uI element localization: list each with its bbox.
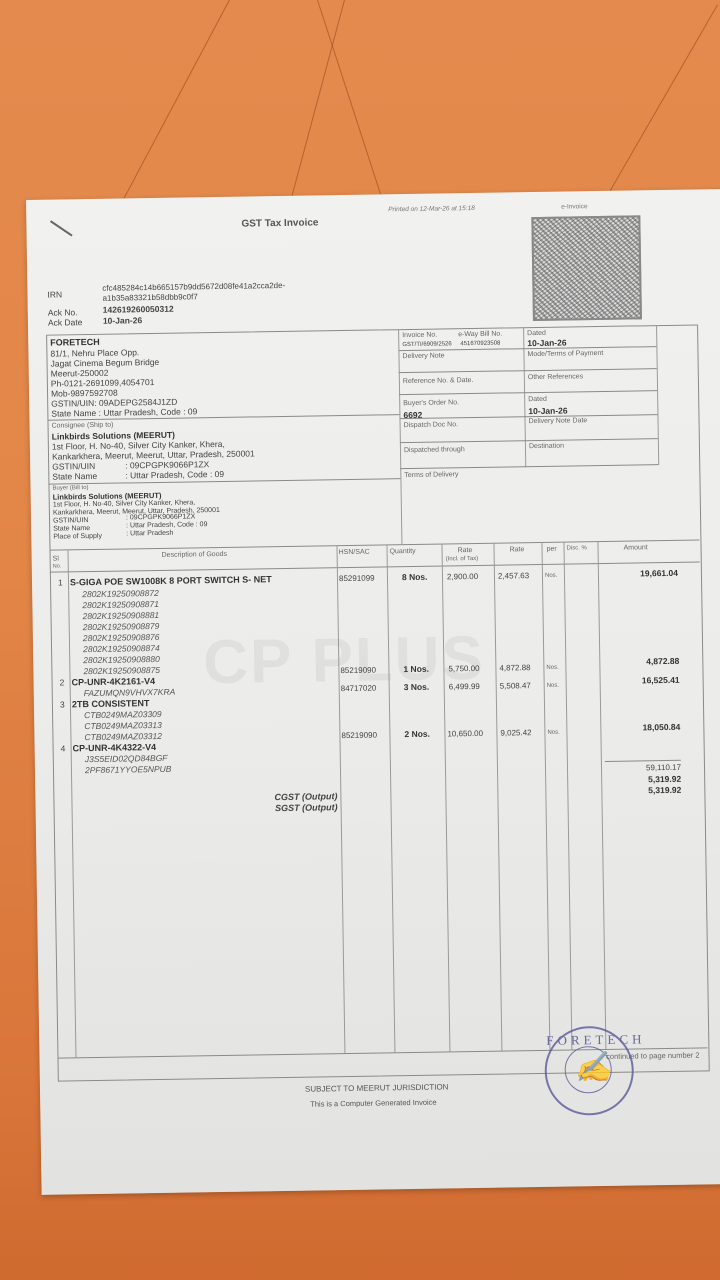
company-stamp: FORETECH ✍: [544, 1026, 634, 1116]
reference-label: Reference No. & Date.: [403, 375, 474, 387]
buyer-order-label: Buyer's Order No.: [403, 397, 459, 409]
subtotal: 59,110.17: [605, 762, 681, 774]
pen-mark: [50, 220, 72, 236]
col-quantity: Quantity: [389, 546, 415, 557]
item-qty: 3 Nos.: [404, 682, 430, 693]
col-no: No.: [53, 561, 62, 572]
item-sl: 3: [60, 699, 65, 710]
consignee-state: : Uttar Pradesh, Code : 09: [125, 469, 224, 482]
item-rate: 5,508.47: [500, 680, 531, 691]
serial-number: FAZUMQN9VHVX7KRA: [84, 687, 176, 699]
item-sl: 1: [58, 577, 63, 588]
buyer-pos: : Uttar Pradesh: [126, 528, 173, 540]
order-dated-label: Dated: [528, 394, 547, 405]
consignee-state-label: State Name: [52, 471, 97, 483]
qr-code-icon: [531, 215, 642, 321]
dispatch-doc-label: Dispatch Doc No.: [404, 419, 459, 431]
item-rate-incl: 5,750.00: [448, 663, 479, 674]
item-hsn: 84717020: [341, 683, 377, 695]
item-amount: 4,872.88: [603, 656, 679, 668]
item-sl: 4: [61, 743, 66, 754]
stamp-text: FORETECH: [546, 1032, 631, 1049]
destination-label: Destination: [529, 441, 564, 453]
buyer-pos-label: Place of Supply: [53, 531, 102, 543]
item-hsn: 85219090: [341, 730, 377, 742]
page-title: GST Tax Invoice: [241, 217, 318, 229]
invoice-paper: CP PLUS GST Tax Invoice Printed on 12-Ma…: [26, 189, 720, 1195]
item-amount: 16,525.41: [604, 675, 680, 687]
col-amount: Amount: [623, 542, 647, 553]
floor-crack: [602, 5, 718, 205]
col-rate-incl-sub: (Incl. of Tax): [446, 554, 479, 566]
seller-name: FORETECH: [50, 337, 100, 349]
ack-date: 10-Jan-26: [103, 315, 142, 327]
item-rate: 4,872.88: [499, 662, 530, 673]
irn-value-2: a1b35a83321b58dbb9c0f7: [102, 291, 197, 303]
floor-crack: [317, 0, 383, 200]
item-per: Nos.: [546, 663, 559, 674]
delivery-note-label: Delivery Note: [402, 350, 444, 362]
item-per: Nos.: [545, 571, 558, 582]
item-hsn: 85291099: [339, 573, 375, 585]
col-per: per: [546, 544, 556, 555]
item-rate: 2,457.63: [498, 570, 529, 581]
sgst-amount: 5,319.92: [605, 785, 681, 797]
item-hsn: 85219090: [340, 665, 376, 677]
jurisdiction-note: SUBJECT TO MEERUT JURISDICTION: [305, 1081, 449, 1094]
item-sl: 2: [60, 677, 65, 688]
serial-number: 2PF8671YYOE5NPUB: [85, 764, 172, 776]
computer-generated-note: This is a Computer Generated Invoice: [310, 1097, 436, 1110]
col-disc: Disc. %: [566, 543, 587, 554]
item-per: Nos.: [547, 681, 560, 692]
item-qty: 1 Nos.: [403, 664, 429, 675]
floor-crack: [290, 0, 345, 203]
signature-icon: ✍: [574, 1050, 612, 1086]
col-hsn: HSN/SAC: [338, 547, 369, 558]
item-rate-incl: 10,650.00: [447, 728, 483, 740]
col-rate: Rate: [509, 544, 524, 555]
item-rate: 9,025.42: [500, 727, 531, 738]
item-qty: 2 Nos.: [404, 729, 430, 740]
delivery-note-date-label: Delivery Note Date: [528, 415, 587, 427]
dispatched-through-label: Dispatched through: [404, 444, 465, 456]
item-rate-incl: 2,900.00: [447, 571, 478, 582]
ack-no: 142619260050312: [103, 304, 174, 316]
item-amount: 19,661.04: [602, 568, 678, 580]
e-invoice-label: e-Invoice: [561, 203, 587, 210]
item-amount: 18,050.84: [604, 722, 680, 734]
floor-crack: [107, 0, 230, 230]
irn-label: IRN: [47, 289, 62, 300]
printed-on: Printed on 12-Mar-26 at 15:18: [388, 205, 475, 213]
ack-date-label: Ack Date: [48, 317, 83, 329]
item-per: Nos.: [547, 728, 560, 739]
col-description: Description of Goods: [162, 549, 228, 561]
other-references-label: Other References: [528, 371, 583, 383]
terms-delivery-label: Terms of Delivery: [404, 469, 458, 481]
item-qty: 8 Nos.: [402, 572, 428, 583]
mode-terms-label: Mode/Terms of Payment: [527, 348, 603, 360]
item-rate-incl: 6,499.99: [449, 681, 480, 692]
